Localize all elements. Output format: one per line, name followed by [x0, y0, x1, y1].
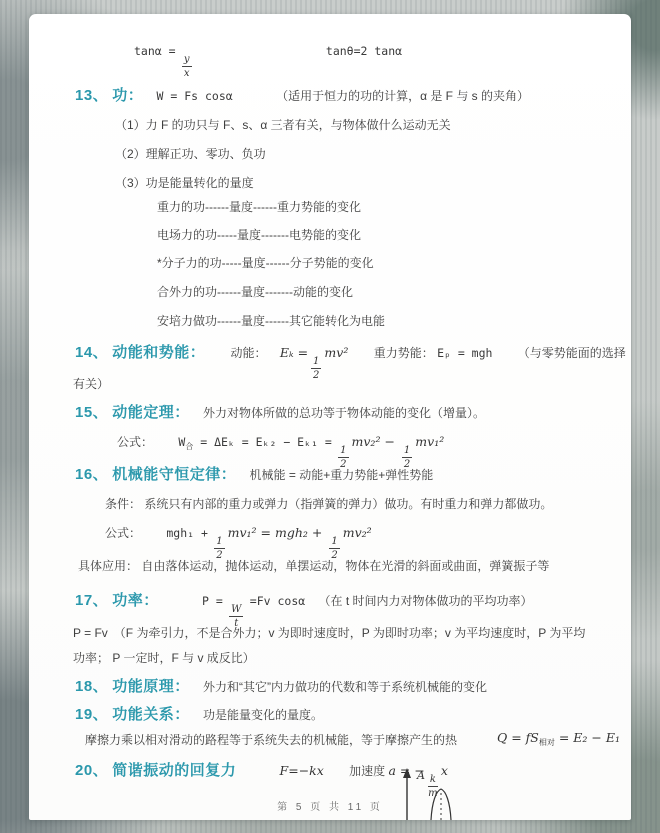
section-17-heading-line: 17、功率： P = Wt =Fv cosα （在 t 时间内力对物体做功的平均…	[75, 592, 533, 629]
work-formula: W = Fs cosα	[157, 89, 233, 103]
work-item-2: （2）理解正功、零功、负功	[115, 147, 266, 162]
section-15-heading-line: 15、动能定理： 外力对物体所做的总功等于物体动能的变化（增量）。	[75, 404, 485, 423]
section-17-heading: 17、功率：	[75, 592, 159, 609]
application-line: 具体应用： 自由落体运动，抛体运动，单摆运动，物体在光滑的斜面或曲面，弹簧振子等	[78, 559, 549, 574]
conservation-formula-pre: mgh₁ +	[166, 526, 208, 540]
work-formula-note: （适用于恒力的功的计算，α 是 F 与 s 的夹角）	[276, 89, 529, 103]
condition-text: 系统只有内部的重力或弹力（指弹簧的弹力）做功。有时重力和弹力都做功。	[144, 497, 552, 511]
work-item-3: （3）功是能量转化的量度	[115, 176, 254, 191]
tan-theta-formula: tanθ=2 tanα	[326, 44, 402, 58]
tan-alpha-fraction: yx	[182, 54, 192, 79]
zero-pe-note-cont: 有关）	[73, 377, 109, 392]
restoring-force-formula: F=−kx	[280, 763, 324, 778]
zero-pe-note: （与零势能面的选择	[518, 346, 626, 360]
application-label: 具体应用：	[78, 559, 138, 573]
ke-theorem-formula: W合 = ΔEₖ = Eₖ₂ − Eₖ₁ =	[178, 435, 331, 449]
ke-theorem-desc: 外力对物体所做的总功等于物体动能的变化（增量）。	[203, 406, 485, 420]
measure-line-gravity: 重力的功------量度------重力势能的变化	[157, 200, 361, 215]
power-formula-pre: P =	[202, 594, 223, 608]
kinetic-energy-formula: Eₖ =12mv²	[280, 345, 348, 360]
formula-label: 公式：	[117, 435, 153, 449]
condition-label: 条件：	[105, 497, 141, 511]
friction-heat-line: 摩擦力乘以相对滑动的路程等于系统失去的机械能，等于摩擦产生的热	[85, 733, 457, 748]
section-14-heading: 14、动能和势能：	[75, 344, 205, 361]
measure-line-ampere: 安培力做功------量度------其它能转化为电能	[157, 314, 385, 329]
section-20-heading: 20、简谐振动的回复力	[75, 762, 236, 779]
figure-a-label: A	[416, 769, 425, 782]
kinetic-energy-label: 动能：	[231, 346, 267, 360]
page-number-footer: 第 5 页 共 11 页	[29, 802, 631, 815]
power-formula-post: =Fv cosα	[250, 594, 305, 608]
notes-page: tanα = yx tanθ=2 tanα 13、功： W = Fs cosα …	[29, 14, 631, 820]
work-energy-relation-desc: 功是能量变化的量度。	[203, 708, 323, 722]
conservation-formula-line: 公式： mgh₁ + 12mv₁² = mgh₂ + 12mv₂²	[105, 525, 372, 561]
conservation-formula: 12mv₁² = mgh₂ + 12mv₂²	[211, 525, 371, 540]
formula-label: 公式：	[105, 526, 141, 540]
section-18-heading-line: 18、功能原理： 外力和“其它”内力做功的代数和等于系统机械能的变化	[75, 678, 487, 697]
power-detail-line-2: 功率； P 一定时，F 与 v 成反比）	[73, 651, 255, 666]
section-18-heading: 18、功能原理：	[75, 678, 190, 695]
ke-theorem-fractions: 12mv₂² − 12mv₁²	[335, 434, 444, 449]
measure-line-net-force: 合外力的功------量度-------动能的变化	[157, 285, 353, 300]
section-15-heading: 15、动能定理：	[75, 404, 190, 421]
power-note: （在 t 时间内力对物体做功的平均功率）	[319, 594, 533, 608]
section-14-heading-line: 14、动能和势能： 动能： Eₖ =12mv² 重力势能： Eₚ = mgh （…	[75, 344, 626, 381]
tan-alpha-pre: tanα =	[134, 44, 176, 58]
section-13-heading: 13、功：	[75, 87, 143, 104]
mechanical-energy-desc: 机械能 = 动能+重力势能+弹性势能	[250, 468, 434, 482]
section-19-heading-line: 19、功能关系： 功是能量变化的量度。	[75, 706, 323, 725]
work-energy-principle-desc: 外力和“其它”内力做功的代数和等于系统机械能的变化	[203, 680, 487, 694]
section-16-heading: 16、机械能守恒定律：	[75, 466, 236, 483]
measure-line-molecular: *分子力的功-----量度------分子势能的变化	[157, 256, 374, 271]
axis-arrowhead	[403, 768, 411, 778]
measure-line-electric: 电场力的功-----量度-------电势能的变化	[157, 228, 361, 243]
section-19-heading: 19、功能关系：	[75, 706, 190, 723]
friction-heat-formula: Q = fS相对 = E₂ − E₁	[497, 730, 620, 748]
conservation-condition-line: 条件： 系统只有内部的重力或弹力（指弹簧的弹力）做功。有时重力和弹力都做功。	[105, 497, 552, 512]
top-formula-line: tanα = yx tanθ=2 tanα	[134, 44, 402, 79]
section-13-heading-line: 13、功： W = Fs cosα （适用于恒力的功的计算，α 是 F 与 s …	[75, 87, 529, 106]
gravity-pe-label: 重力势能：	[374, 346, 434, 360]
section-16-heading-line: 16、机械能守恒定律： 机械能 = 动能+重力势能+弹性势能	[75, 466, 433, 485]
application-text: 自由落体运动，抛体运动，单摆运动，物体在光滑的斜面或曲面，弹簧振子等	[141, 559, 549, 573]
ke-theorem-formula-line: 公式： W合 = ΔEₖ = Eₖ₂ − Eₖ₁ = 12mv₂² − 12mv…	[117, 434, 444, 470]
power-detail-line-1: P = Fv （F 为牵引力，不是合外力；v 为即时速度时，P 为即时功率；v …	[73, 626, 585, 641]
work-item-1: （1）力 F 的功只与 F、s、α 三者有关，与物体做什么运动无关	[115, 118, 451, 133]
gravity-pe-formula: Eₚ = mgh	[437, 346, 492, 360]
